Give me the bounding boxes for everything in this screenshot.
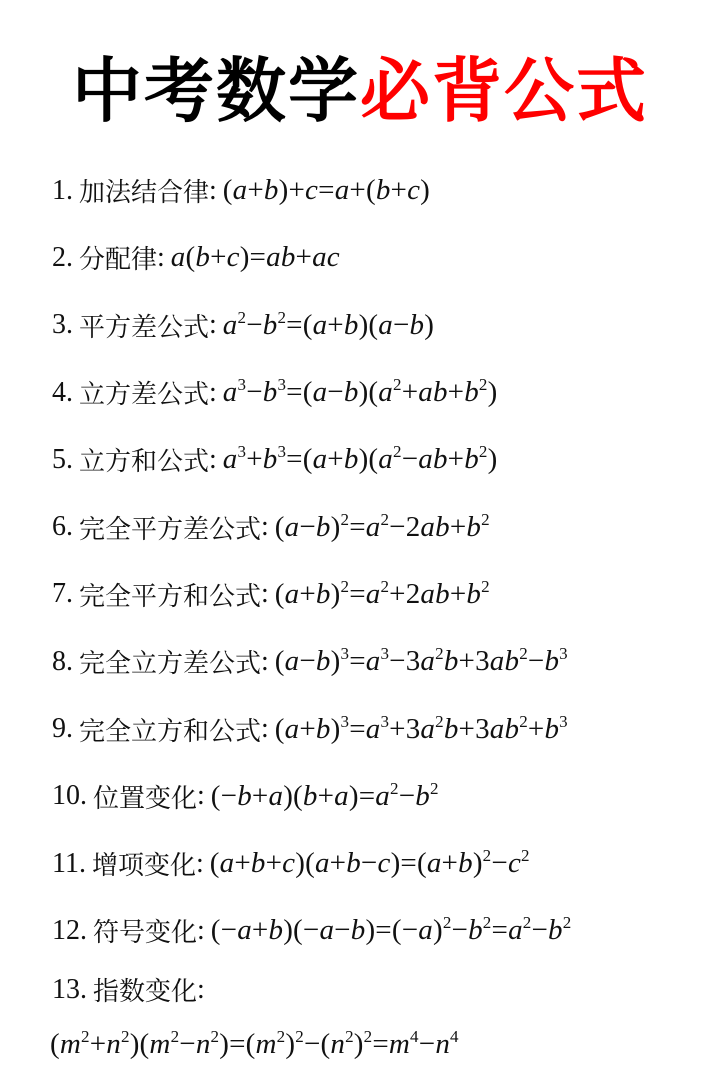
item-formula: (a−b)3=a3−3a2b+3ab2−b3: [275, 645, 568, 678]
item-label: 立方和公式: [79, 441, 209, 478]
formula-item-13: 13. 指数变化 : (m2+n2)(m2−n2)=(m2)2−(n2)2=m4…: [52, 965, 712, 1069]
item-formula: a3−b3=(a−b)(a2+ab+b2): [223, 376, 498, 409]
item-colon: :: [209, 444, 217, 476]
item-formula: a2−b2=(a+b)(a−b): [223, 309, 434, 342]
item-number: 11.: [52, 848, 86, 880]
item-colon: :: [261, 646, 269, 678]
item-label: 平方差公式: [79, 307, 209, 344]
formula-item-2: 2. 分配律 : a(b+c)=ab+ac: [52, 224, 712, 291]
formula-item-4: 4. 立方差公式 : a3−b3=(a−b)(a2+ab+b2): [52, 359, 712, 426]
item-label: 完全立方差公式: [79, 643, 261, 680]
item-formula: (−a+b)(−a−b)=(−a)2−b2=a2−b2: [211, 914, 572, 947]
item-number: 5.: [52, 444, 73, 476]
item-formula: (a+b+c)(a+b−c)=(a+b)2−c2: [210, 847, 530, 880]
item-colon: :: [209, 175, 217, 207]
item-formula: (a−b)2=a2−2ab+b2: [275, 511, 490, 544]
formula-item-3: 3. 平方差公式 : a2−b2=(a+b)(a−b): [52, 292, 712, 359]
formula-item-5: 5. 立方和公式 : a3+b3=(a+b)(a2−ab+b2): [52, 426, 712, 493]
formula-item-11: 11. 增项变化 : (a+b+c)(a+b−c)=(a+b)2−c2: [52, 830, 712, 897]
item-number: 4.: [52, 377, 73, 409]
item-label: 符号变化: [93, 912, 197, 949]
item-number: 2.: [52, 242, 73, 274]
item-number: 3.: [52, 309, 73, 341]
item-label: 立方差公式: [79, 374, 209, 411]
item-colon: :: [261, 713, 269, 745]
formula-item-9: 9. 完全立方和公式 : (a+b)3=a3+3a2b+3ab2+b3: [52, 695, 712, 762]
item-colon: :: [197, 974, 205, 1006]
formula-item-7: 7. 完全平方和公式 : (a+b)2=a2+2ab+b2: [52, 561, 712, 628]
item-label: 分配律: [79, 239, 157, 276]
item-formula: (a+b)3=a3+3a2b+3ab2+b3: [275, 713, 568, 746]
title-black-part: 中考数学: [72, 50, 360, 132]
item-number: 10.: [52, 780, 87, 812]
item-formula: (−b+a)(b+a)=a2−b2: [211, 780, 439, 813]
item-number: 9.: [52, 713, 73, 745]
item-label: 完全平方和公式: [79, 576, 261, 613]
item-colon: :: [196, 848, 204, 880]
item-formula: a3+b3=(a+b)(a2−ab+b2): [223, 443, 498, 476]
title-red-part: 必背公式: [360, 50, 648, 132]
page-title: 中考数学必背公式: [0, 46, 720, 136]
item-colon: :: [261, 511, 269, 543]
item-number: 6.: [52, 511, 73, 543]
item-number: 1.: [52, 175, 73, 207]
item-number: 7.: [52, 578, 73, 610]
item-formula: a(b+c)=ab+ac: [171, 241, 340, 274]
formula-item-6: 6. 完全平方差公式 : (a−b)2=a2−2ab+b2: [52, 493, 712, 560]
formula-item-12: 12. 符号变化 : (−a+b)(−a−b)=(−a)2−b2=a2−b2: [52, 897, 712, 964]
formula-item-8: 8. 完全立方差公式 : (a−b)3=a3−3a2b+3ab2−b3: [52, 628, 712, 695]
item-colon: :: [209, 309, 217, 341]
formula-item-1: 1. 加法结合律 : (a+b)+c=a+(b+c): [52, 157, 712, 224]
item-label: 指数变化: [93, 971, 197, 1008]
item-colon: :: [197, 915, 205, 947]
formula-list: 1. 加法结合律 : (a+b)+c=a+(b+c) 2. 分配律 : a(b+…: [52, 157, 712, 1069]
item-label: 完全平方差公式: [79, 509, 261, 546]
item-colon: :: [157, 242, 165, 274]
item-formula: (a+b)+c=a+(b+c): [223, 174, 430, 207]
item-formula: (m2+n2)(m2−n2)=(m2)2−(n2)2=m4−n4: [50, 1028, 459, 1061]
item-number: 12.: [52, 915, 87, 947]
item-colon: :: [261, 578, 269, 610]
formula-item-10: 10. 位置变化 : (−b+a)(b+a)=a2−b2: [52, 763, 712, 830]
item-label: 完全立方和公式: [79, 711, 261, 748]
item-label: 位置变化: [93, 778, 197, 815]
item-colon: :: [209, 377, 217, 409]
item-label: 增项变化: [92, 845, 196, 882]
item-label: 加法结合律: [79, 172, 209, 209]
item-formula: (a+b)2=a2+2ab+b2: [275, 578, 490, 611]
item-colon: :: [197, 780, 205, 812]
item-number: 13.: [52, 974, 87, 1006]
item-number: 8.: [52, 646, 73, 678]
